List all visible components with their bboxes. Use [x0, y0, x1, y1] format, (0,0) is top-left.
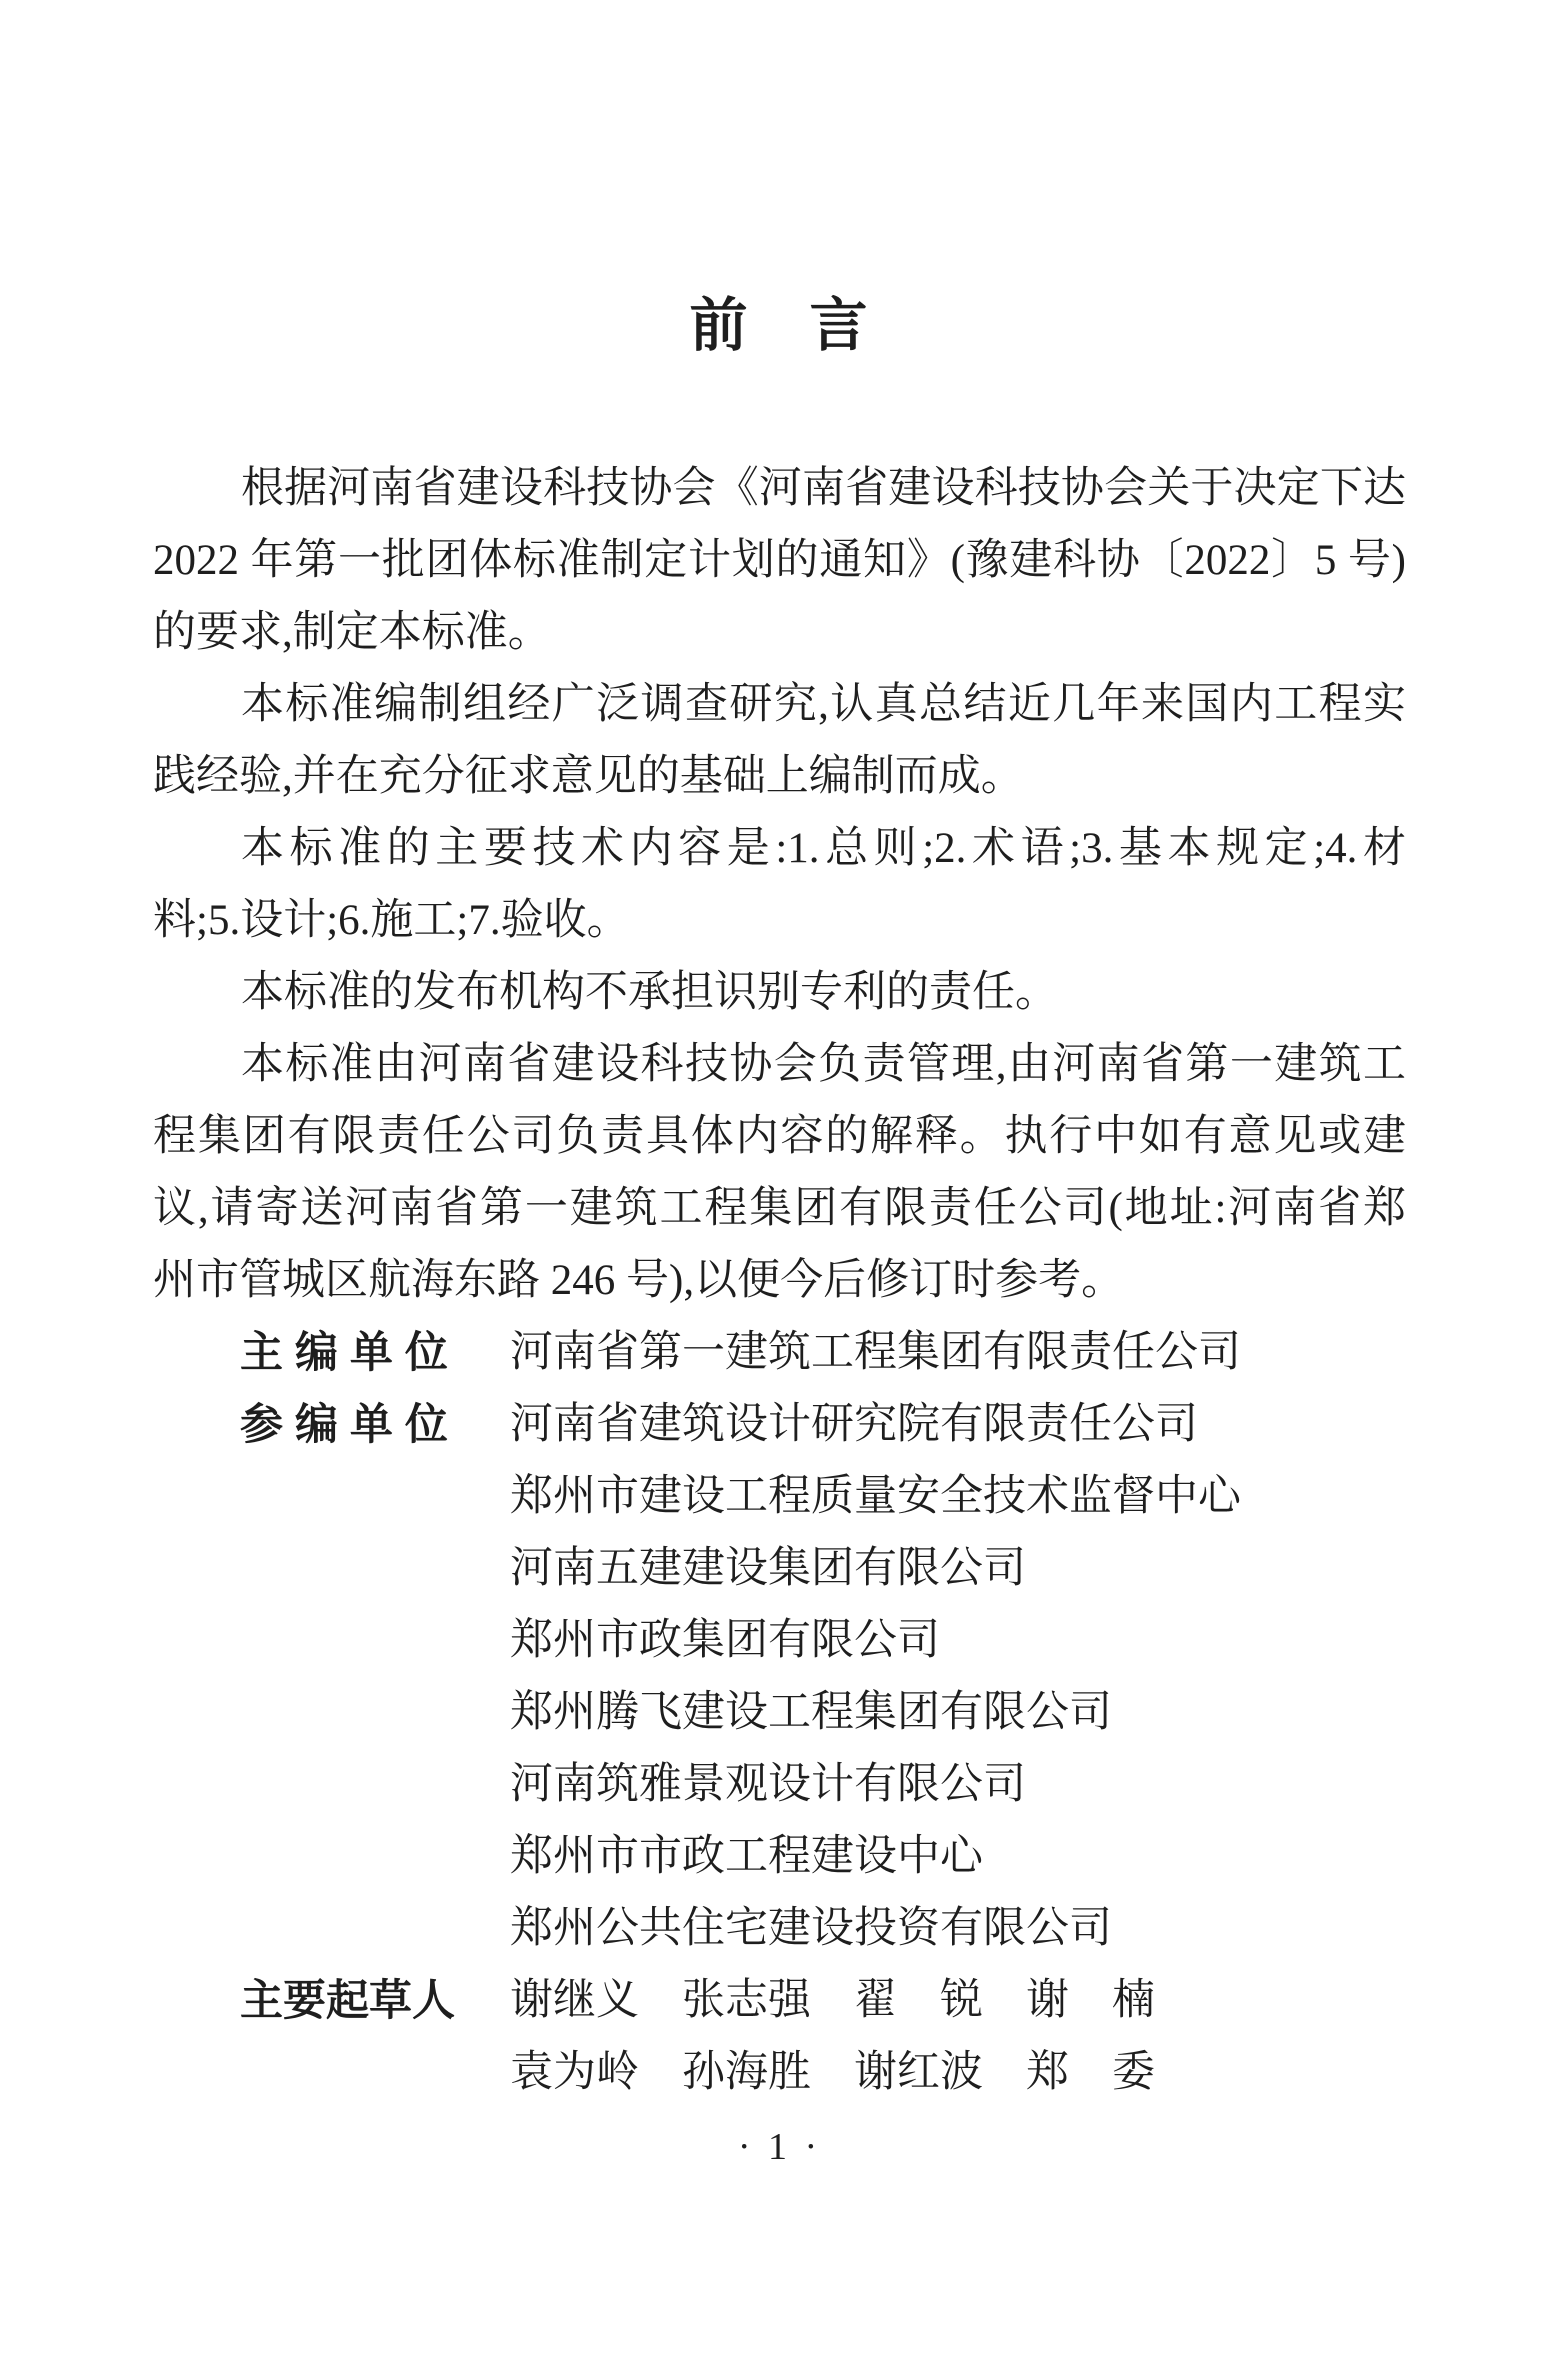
credit-entry: 河南省第一建筑工程集团有限责任公司 [510, 1317, 1241, 1389]
credit-entry: 郑州市建设工程质量安全技术监督中心 [510, 1461, 1241, 1533]
text-line: 本标准的发布机构不承担识别专利的责任。 [153, 957, 1406, 1029]
credit-entry: 郑州腾飞建设工程集团有限公司 [510, 1677, 1241, 1749]
credit-label: 主 编 单 位 [240, 1317, 462, 1389]
credit-row: 主 编 单 位河南省第一建筑工程集团有限责任公司 [153, 1317, 1406, 1389]
credit-entry: 河南五建建设集团有限公司 [510, 1533, 1241, 1605]
credit-entry: 郑州市政集团有限公司 [510, 1605, 1241, 1677]
text-line: 州市管城区航海东路 246 号),以便今后修订时参考。 [153, 1245, 1406, 1317]
credit-entries: 河南省第一建筑工程集团有限责任公司 [462, 1317, 1241, 1389]
credit-label: 主要起草人 [240, 1965, 462, 2037]
credit-entries: 谢继义 张志强 翟 锐 谢 楠袁为岭 孙海胜 谢红波 郑 委 [462, 1965, 1155, 2109]
credit-entry: 郑州市市政工程建设中心 [510, 1821, 1241, 1893]
credit-entry: 河南省建筑设计研究院有限责任公司 [510, 1389, 1241, 1461]
credit-entry: 郑州公共住宅建设投资有限公司 [510, 1893, 1241, 1965]
credit-row: 主要起草人谢继义 张志强 翟 锐 谢 楠袁为岭 孙海胜 谢红波 郑 委 [153, 1965, 1406, 2109]
text-line: 料;5.设计;6.施工;7.验收。 [153, 885, 1406, 957]
page-title: 前 言 [153, 0, 1406, 356]
text-line: 程集团有限责任公司负责具体内容的解释。执行中如有意见或建 [153, 1101, 1406, 1173]
text-line: 的要求,制定本标准。 [153, 597, 1406, 669]
paragraph: 本标准由河南省建设科技协会负责管理,由河南省第一建筑工程集团有限责任公司负责具体… [153, 1029, 1406, 1317]
credit-entry: 河南筑雅景观设计有限公司 [510, 1749, 1241, 1821]
text-line: 根据河南省建设科技协会《河南省建设科技协会关于决定下达 [153, 453, 1406, 525]
text-line: 本标准编制组经广泛调查研究,认真总结近几年来国内工程实 [153, 669, 1406, 741]
text-line: 践经验,并在充分征求意见的基础上编制而成。 [153, 741, 1406, 813]
text-line: 本标准的主要技术内容是:1.总则;2.术语;3.基本规定;4.材 [153, 813, 1406, 885]
paragraph: 本标准的主要技术内容是:1.总则;2.术语;3.基本规定;4.材料;5.设计;6… [153, 813, 1406, 957]
paragraph: 本标准的发布机构不承担识别专利的责任。 [153, 957, 1406, 1029]
credit-entry: 谢继义 张志强 翟 锐 谢 楠 [510, 1965, 1155, 2037]
credit-row: 参 编 单 位河南省建筑设计研究院有限责任公司郑州市建设工程质量安全技术监督中心… [153, 1389, 1406, 1965]
page-number: · 1 · [153, 2125, 1406, 2169]
text-line: 2022 年第一批团体标准制定计划的通知》(豫建科协〔2022〕5 号) [153, 525, 1406, 597]
credit-label: 参 编 单 位 [240, 1389, 462, 1461]
credit-entries: 河南省建筑设计研究院有限责任公司郑州市建设工程质量安全技术监督中心河南五建建设集… [462, 1389, 1241, 1965]
text-line: 本标准由河南省建设科技协会负责管理,由河南省第一建筑工 [153, 1029, 1406, 1101]
preface-body: 根据河南省建设科技协会《河南省建设科技协会关于决定下达2022 年第一批团体标准… [153, 453, 1406, 1317]
paragraph: 根据河南省建设科技协会《河南省建设科技协会关于决定下达2022 年第一批团体标准… [153, 453, 1406, 669]
paragraph: 本标准编制组经广泛调查研究,认真总结近几年来国内工程实践经验,并在充分征求意见的… [153, 669, 1406, 813]
credits-section: 主 编 单 位河南省第一建筑工程集团有限责任公司参 编 单 位河南省建筑设计研究… [153, 1317, 1406, 2109]
document-page: 前 言 根据河南省建设科技协会《河南省建设科技协会关于决定下达2022 年第一批… [0, 0, 1564, 2369]
text-line: 议,请寄送河南省第一建筑工程集团有限责任公司(地址:河南省郑 [153, 1173, 1406, 1245]
credit-entry: 袁为岭 孙海胜 谢红波 郑 委 [510, 2037, 1155, 2109]
